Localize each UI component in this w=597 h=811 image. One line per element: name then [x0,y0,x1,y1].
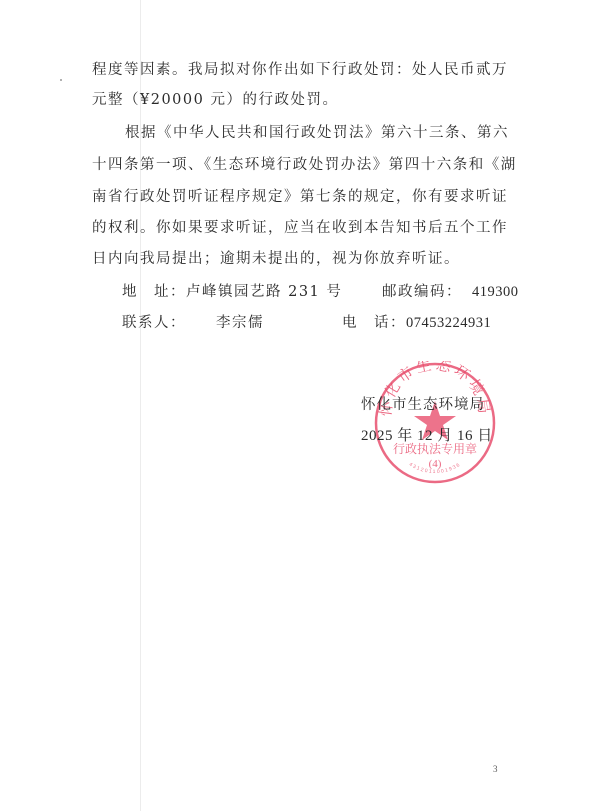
signing-date: 2025 年 12 月 16 日 [361,424,493,445]
postcode-row: 邮政编码：419300 [382,280,519,301]
paragraph-line: 的权利。你如果要求听证，应当在收到本告知书后五个工作 [92,216,508,237]
address-row: 地 址：卢峰镇园艺路 231 号 [122,280,342,301]
contact-label: 联系人： [122,315,186,331]
paragraph-line: 十四条第一项、《生态环境行政处罚办法》第四十六条和《湖 [92,153,517,174]
contact-value: 李宗儒 [216,315,264,331]
svg-text:(4): (4) [429,458,442,470]
phone-row: 电 话：07453224931 [342,311,491,332]
paragraph-line: 元整（¥20000 元）的行政处罚。 [92,88,338,109]
address-value: 卢峰镇园艺路 231 号 [186,284,342,300]
address-label: 地 址： [122,284,186,300]
signing-organization: 怀化市生态环境局 [361,393,485,414]
paragraph-line: 程度等因素。我局拟对你作出如下行政处罚：处人民币贰万 [92,58,508,79]
postcode-value: 419300 [472,284,519,300]
phone-label: 电 话： [342,315,406,331]
paragraph-line: 日内向我局提出；逾期未提出的，视为你放弃听证。 [92,247,460,268]
paragraph-line: 南省行政处罚听证程序规定》第七条的规定，你有要求听证 [92,185,508,206]
postcode-label: 邮政编码： [382,284,462,300]
official-seal-icon: 怀化市生态环境局 行政执法专用章 (4) 4312011001936 [373,361,497,485]
page-number: 3 [493,764,498,774]
phone-value: 07453224931 [406,315,491,331]
contact-row: 联系人：李宗儒 [122,311,264,332]
scan-dot [60,79,62,81]
paragraph-line: 根据《中华人民共和国行政处罚法》第六十三条、第六 [125,121,509,142]
